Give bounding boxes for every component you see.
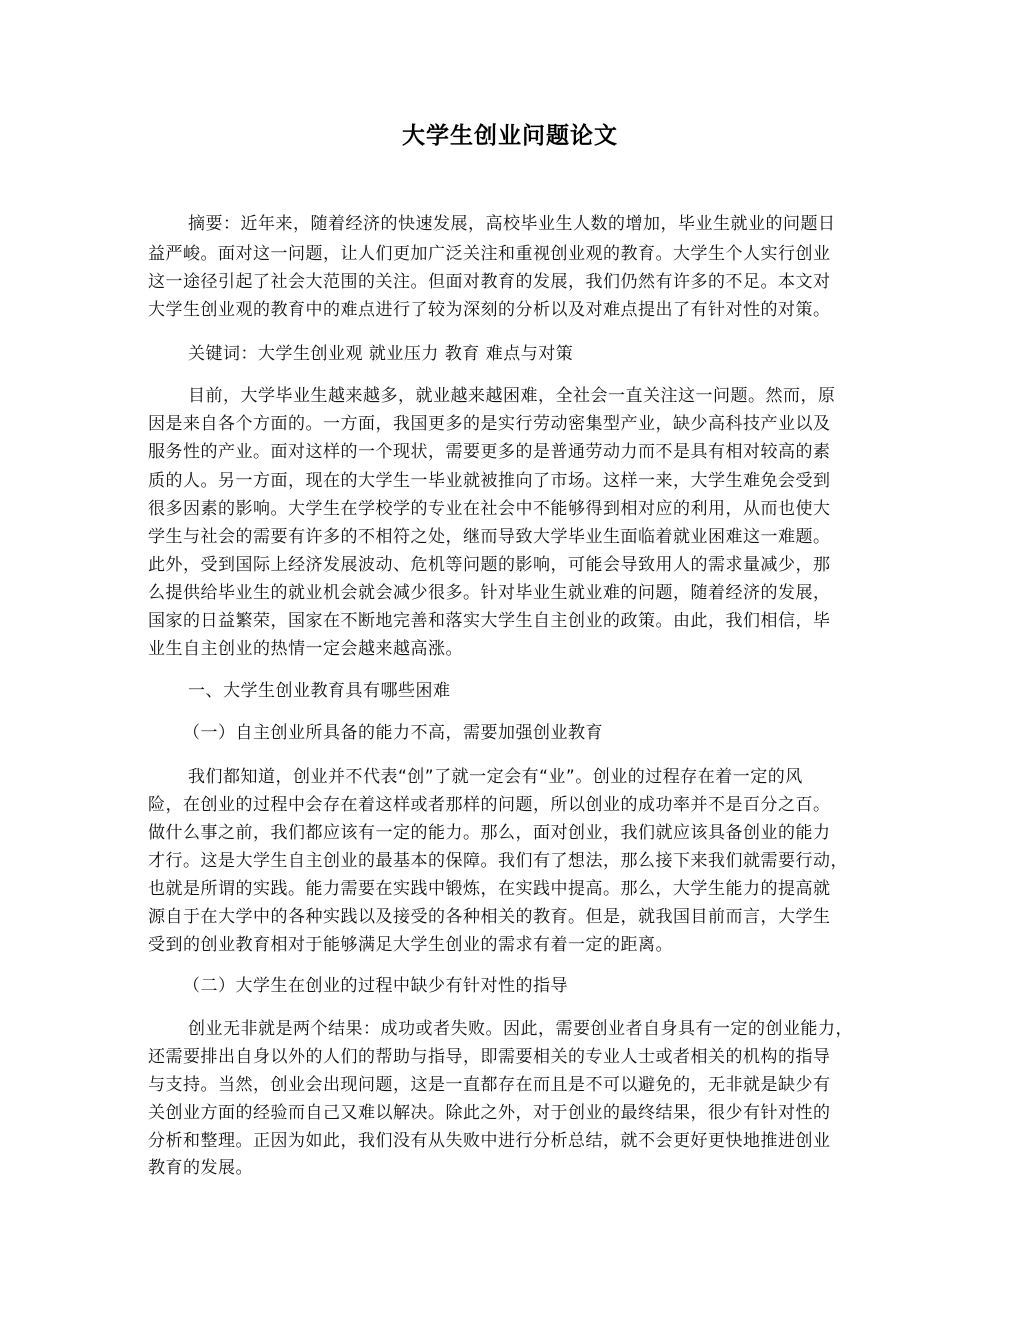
body-line: 关创业方面的经验而自己又难以解决。除此之外，对于创业的最终结果，很少有针对性的 <box>148 1102 868 1124</box>
abstract-line: 摘要：近年来，随着经济的快速发展，高校毕业生人数的增加，毕业生就业的问题日 <box>188 213 908 235</box>
intro-line: 服务性的产业。面对这样的一个现状，需要更多的是普通劳动力而不是具有相对较高的素 <box>148 441 868 463</box>
intro-line: 么提供给毕业生的就业机会就会减少很多。针对毕业生就业难的问题，随着经济的发展， <box>148 582 868 604</box>
body-line: 险，在创业的过程中会存在着这样或者那样的问题，所以创业的成功率并不是百分之百。 <box>148 794 868 816</box>
document-title: 大学生创业问题论文 <box>0 118 1020 154</box>
intro-line: 很多因素的影响。大学生在学校学的专业在社会中不能够得到相对应的利用，从而也使大 <box>148 498 868 520</box>
intro-line: 业生自主创业的热情一定会越来越高涨。 <box>148 638 868 660</box>
body-line: 源自于在大学中的各种实践以及接受的各种相关的教育。但是，就我国目前而言，大学生 <box>148 906 868 928</box>
body-line: 教育的发展。 <box>148 1157 868 1179</box>
body-line: 做什么事之前，我们都应该有一定的能力。那么，面对创业，我们就应该具备创业的能力 <box>148 822 868 844</box>
body-line: 才行。这是大学生自主创业的最基本的保障。我们有了想法，那么接下来我们就需要行动， <box>148 850 868 872</box>
body-line: 也就是所谓的实践。能力需要在实践中锻炼，在实践中提高。那么，大学生能力的提高就 <box>148 878 868 900</box>
intro-line: 国家的日益繁荣，国家在不断地完善和落实大学生自主创业的政策。由此，我们相信，毕 <box>148 610 868 632</box>
body-line: 我们都知道，创业并不代表“创”了就一定会有“业”。创业的过程存在着一定的风 <box>188 766 908 788</box>
abstract-line: 大学生创业观的教育中的难点进行了较为深刻的分析以及对难点提出了有针对性的对策。 <box>148 299 868 321</box>
body-line: 受到的创业教育相对于能够满足大学生创业的需求有着一定的距离。 <box>148 934 868 956</box>
intro-line: 学生与社会的需要有许多的不相符之处，继而导致大学毕业生面临着就业困难这一难题。 <box>148 526 868 548</box>
subsection-heading: （二）大学生在创业的过程中缺少有针对性的指导 <box>183 975 903 997</box>
body-line: 分析和整理。正因为如此，我们没有从失败中进行分析总结，就不会更好更快地推进创业 <box>148 1130 868 1152</box>
abstract-line: 益严峻。面对这一问题，让人们更加广泛关注和重视创业观的教育。大学生个人实行创业 <box>148 243 868 265</box>
intro-line: 此外，受到国际上经济发展波动、危机等问题的影响，可能会导致用人的需求量减少，那 <box>148 554 868 576</box>
subsection-heading: （一）自主创业所具备的能力不高，需要加强创业教育 <box>183 722 903 744</box>
intro-line: 目前，大学毕业生越来越多，就业越来越困难，全社会一直关注这一问题。然而，原 <box>188 385 908 407</box>
abstract-line: 这一途径引起了社会大范围的关注。但面对教育的发展，我们仍然有许多的不足。本文对 <box>148 271 868 293</box>
body-line: 还需要排出自身以外的人们的帮助与指导，即需要相关的专业人士或者相关的机构的指导 <box>148 1046 868 1068</box>
document-page: 大学生创业问题论文 摘要：近年来，随着经济的快速发展，高校毕业生人数的增加，毕业… <box>0 0 1020 1320</box>
intro-line: 因是来自各个方面的。一方面，我国更多的是实行劳动密集型产业，缺少高科技产业以及 <box>148 413 868 435</box>
keywords-line: 关键词：大学生创业观 就业压力 教育 难点与对策 <box>188 343 908 365</box>
body-line: 与支持。当然，创业会出现问题，这是一直都存在而且是不可以避免的，无非就是缺少有 <box>148 1074 868 1096</box>
intro-line: 质的人。另一方面，现在的大学生一毕业就被推向了市场。这样一来，大学生难免会受到 <box>148 470 868 492</box>
section-heading: 一、大学生创业教育具有哪些困难 <box>188 680 908 702</box>
body-line: 创业无非就是两个结果：成功或者失败。因此，需要创业者自身具有一定的创业能力， <box>188 1018 908 1040</box>
